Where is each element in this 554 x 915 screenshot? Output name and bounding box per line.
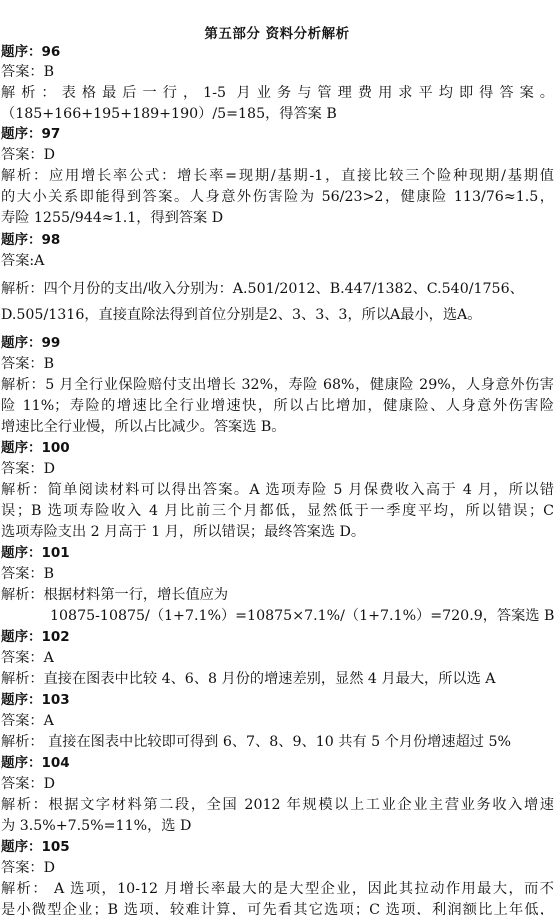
question-96-analysis-line-1: 解析：表格最后一行，1-5 月业务与管理费用求平均即得答案。	[1, 83, 554, 103]
answer-label: 答案：	[1, 356, 44, 372]
question-102-answer: 答案：A	[1, 648, 554, 668]
answer-value: A	[44, 713, 54, 729]
question-105-header: 题序：105	[1, 837, 554, 857]
question-99-analysis-line-2: 险 11%；寿险的增速比全行业增速快，所以占比增加，健康险、人身意外伤害险	[1, 396, 554, 416]
question-97-analysis-line-1: 解析：应用增长率公式：增长率=现期/基期-1，直接比较三个险种现期/基期值	[1, 166, 554, 186]
question-104-analysis-line-2: 为 3.5%+7.5%=11%，选 D	[1, 816, 554, 836]
answer-label: 答案:	[1, 253, 34, 269]
question-number: 98	[42, 232, 61, 248]
answer-value: D	[44, 776, 55, 792]
question-label: 题序：	[1, 839, 42, 855]
question-number: 105	[42, 839, 70, 855]
question-101-header: 题序：101	[1, 543, 554, 563]
question-number: 102	[42, 629, 70, 645]
question-96-analysis-line-2: （185+166+195+189+190）/5=185，得答案 B	[1, 104, 554, 124]
answer-value: D	[44, 147, 55, 163]
question-101-analysis-line-1: 解析：根据材料第一行，增长值应为	[1, 585, 554, 605]
question-99-header: 题序：99	[1, 333, 554, 353]
question-98-analysis-line-1: 解析：四个月份的支出/收入分别为：A.501/2012、B.447/1382、C…	[1, 279, 554, 299]
page-title: 第五部分 资料分析解析	[0, 22, 554, 42]
question-number: 100	[42, 440, 70, 456]
question-number: 103	[42, 692, 70, 708]
question-96-answer: 答案：B	[1, 62, 554, 82]
question-number: 104	[42, 755, 70, 771]
answer-label: 答案：	[1, 776, 44, 792]
question-97-header: 题序：97	[1, 124, 554, 144]
answer-label: 答案：	[1, 64, 44, 80]
answer-value: A	[34, 253, 44, 269]
question-100-analysis-line-2: 误；B 选项寿险收入 4 月比前三个月都低，显然低于一季度平均，所以错误；C	[1, 501, 554, 521]
question-number: 101	[42, 545, 70, 561]
answer-label: 答案：	[1, 461, 44, 477]
question-103-analysis-line-1: 解析： 直接在图表中比较即可得到 6、7、8、9、10 共有 5 个月份增速超过…	[1, 732, 554, 752]
question-label: 题序：	[1, 629, 42, 645]
question-102-header: 题序：102	[1, 627, 554, 647]
question-number: 99	[42, 335, 61, 351]
question-label: 题序：	[1, 44, 42, 60]
answer-label: 答案：	[1, 147, 44, 163]
answer-label: 答案：	[1, 566, 44, 582]
question-label: 题序：	[1, 440, 42, 456]
question-99-answer: 答案：B	[1, 354, 554, 374]
question-102-analysis-line-1: 解析：直接在图表中比较 4、6、8 月份的增速差别，显然 4 月最大，所以选 A	[1, 669, 554, 689]
question-97-analysis-line-3: 寿险 1255/944≈1.1，得到答案 D	[1, 208, 554, 228]
answer-value: A	[44, 650, 54, 666]
question-97-answer: 答案：D	[1, 145, 554, 165]
answer-value: B	[44, 566, 54, 582]
question-label: 题序：	[1, 755, 42, 771]
question-number: 96	[42, 44, 61, 60]
answer-label: 答案：	[1, 650, 44, 666]
question-98-answer: 答案:A	[1, 251, 554, 271]
question-96-header: 题序：96	[1, 42, 554, 62]
question-100-analysis-line-3: 选项寿险支出 2 月高于 1 月，所以错误；最终答案选 D。	[1, 522, 554, 542]
answer-value: D	[44, 461, 55, 477]
answer-label: 答案：	[1, 860, 44, 876]
answer-label: 答案：	[1, 713, 44, 729]
question-99-analysis-line-1: 解析：5 月全行业保险赔付支出增长 32%，寿险 68%，健康险 29%，人身意…	[1, 375, 554, 395]
question-label: 题序：	[1, 126, 42, 142]
question-label: 题序：	[1, 232, 42, 248]
question-101-answer: 答案：B	[1, 564, 554, 584]
question-103-answer: 答案：A	[1, 711, 554, 731]
question-100-header: 题序：100	[1, 438, 554, 458]
question-104-header: 题序：104	[1, 753, 554, 773]
question-99-analysis-line-3: 增速比全行业慢，所以占比减少。答案选 B。	[1, 417, 554, 437]
question-105-analysis-line-1: 解析： A 选项，10-12 月增长率最大的是大型企业，因此其拉动作用最大，而不	[1, 879, 554, 899]
question-98-header: 题序：98	[1, 230, 554, 250]
answer-value: B	[44, 64, 54, 80]
question-104-analysis-line-1: 解析：根据文字材料第二段，全国 2012 年规模以上工业企业主营业务收入增速	[1, 795, 554, 815]
question-label: 题序：	[1, 545, 42, 561]
question-100-answer: 答案：D	[1, 459, 554, 479]
question-label: 题序：	[1, 692, 42, 708]
question-98-analysis-line-2: D.505/1316，直接直除法得到首位分别是2、3、3、3，所以A最小，选A。	[1, 305, 554, 325]
question-104-answer: 答案：D	[1, 774, 554, 794]
question-number: 97	[42, 126, 61, 142]
answer-value: D	[44, 860, 55, 876]
question-105-answer: 答案：D	[1, 858, 554, 878]
question-97-analysis-line-2: 的大小关系即能得到答案。人身意外伤害险为 56/23>2，健康险 113/76≈…	[1, 187, 554, 207]
question-label: 题序：	[1, 335, 42, 351]
question-105-analysis-line-2: 是小微型企业；B 选项，较难计算，可先看其它选项；C 选项，利润额比上年低，	[1, 900, 554, 915]
answer-value: B	[44, 356, 54, 372]
question-101-analysis-line-2: 10875-10875/（1+7.1%）=10875×7.1%/（1+7.1%）…	[1, 606, 554, 626]
question-103-header: 题序：103	[1, 690, 554, 710]
question-100-analysis-line-1: 解析：简单阅读材料可以得出答案。A 选项寿险 5 月保费收入高于 4 月，所以错	[1, 480, 554, 500]
